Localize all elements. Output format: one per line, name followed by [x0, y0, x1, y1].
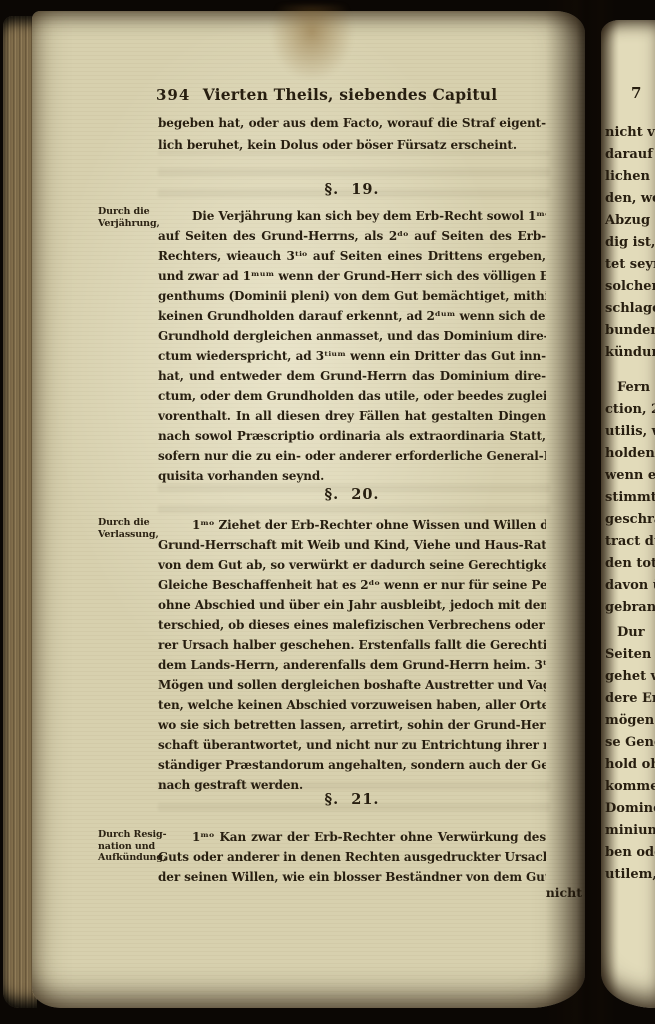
- text-line: bunden.: [605, 320, 655, 342]
- text-line: der seinen Willen, wie ein blosser Bestä…: [158, 867, 546, 887]
- text-line: dere Erbe: [605, 688, 655, 710]
- text-line: tract dur: [605, 531, 655, 553]
- facing-header-fragment: 7: [631, 84, 641, 102]
- text-line: Guts oder anderer in denen Rechten ausge…: [158, 847, 546, 867]
- text-line: se Genera: [605, 732, 655, 754]
- section-21-body: 1ᵐᵒ Kan zwar der Erb-Rechter ohne Verwür…: [158, 827, 546, 887]
- margin-note-verlassung: Durch dieVerlassung,: [98, 517, 156, 540]
- text-line: ctum wiederspricht, ad 3ᵗⁱᵘᵐ wenn ein Dr…: [158, 346, 546, 366]
- text-line: vorenthalt. In all diesen drey Fällen ha…: [158, 406, 546, 426]
- page-stain: [270, 5, 354, 81]
- text-line: Rechters, wieauch 3ᵗⁱᵒ auf Seiten eines …: [158, 246, 546, 266]
- running-header: Vierten Theils, siebendes Capitul: [154, 85, 546, 104]
- facing-fragment-2: Fernction, 2utilis, weholdens swenn eins…: [605, 377, 655, 619]
- book-scan: 394 Vierten Theils, siebendes Capitul be…: [0, 0, 655, 1024]
- text-line: gebrannte: [605, 597, 655, 619]
- text-line: Fern: [605, 377, 655, 399]
- text-line: Seiten de: [605, 644, 655, 666]
- text-line: den, wel: [605, 188, 655, 210]
- text-line: quisita vorhanden seynd.: [158, 466, 546, 486]
- text-line: und zwar ad 1ᵐᵘᵐ wenn der Grund-Herr sic…: [158, 266, 546, 286]
- section-20-body: 1ᵐᵒ Ziehet der Erb-Rechter ohne Wissen u…: [158, 515, 546, 795]
- text-line: hold ohne: [605, 754, 655, 776]
- left-page: 394 Vierten Theils, siebendes Capitul be…: [32, 11, 585, 1008]
- text-line: geschränkt: [605, 509, 655, 531]
- text-line: sofern nur die zu ein- oder anderer erfo…: [158, 446, 546, 466]
- text-line: Durch die: [98, 206, 156, 218]
- text-line: Mögen und sollen dergleichen boshafte Au…: [158, 675, 546, 695]
- text-line: ben oder r: [605, 842, 655, 864]
- page-header: 394 Vierten Theils, siebendes Capitul: [154, 85, 546, 107]
- section-19-body: Die Verjährung kan sich bey dem Erb-Rech…: [158, 206, 546, 486]
- text-line: wo sie sich betretten lassen, arretirt, …: [158, 715, 546, 735]
- text-line: Domino: [605, 798, 655, 820]
- text-line: Dur: [605, 622, 655, 644]
- facing-fragment-3: DurSeiten degehet vieldere Erbemögen bes…: [605, 622, 655, 886]
- text-line: 1ᵐᵒ Kan zwar der Erb-Rechter ohne Verwür…: [158, 827, 546, 847]
- text-line: schlagen-: [605, 298, 655, 320]
- section-21-heading: §. 21.: [158, 791, 546, 808]
- text-line: holdens s: [605, 443, 655, 465]
- text-line: Durch Resig-: [98, 829, 156, 841]
- text-line: terschied, ob dieses eines malefizischen…: [158, 615, 546, 635]
- text-line: Die Verjährung kan sich bey dem Erb-Rech…: [158, 206, 546, 226]
- text-line: lich beruhet, kein Dolus oder böser Fürs…: [158, 134, 546, 156]
- text-line: Gleiche Beschaffenheit hat es 2ᵈᵒ wenn e…: [158, 575, 546, 595]
- text-line: ction, 2: [605, 399, 655, 421]
- text-line: begeben hat, oder aus dem Facto, worauf …: [158, 112, 546, 134]
- page-number: 394: [156, 86, 190, 104]
- text-line: wenn ein: [605, 465, 655, 487]
- section-19-heading: §. 19.: [158, 181, 546, 198]
- continuation-paragraph: begeben hat, oder aus dem Facto, worauf …: [158, 112, 546, 156]
- text-line: Verlassung,: [98, 529, 156, 541]
- text-line: utilis, we: [605, 421, 655, 443]
- text-line: gehet viel: [605, 666, 655, 688]
- text-line: Aufkündung,: [98, 852, 156, 864]
- text-line: Abzug m: [605, 210, 655, 232]
- text-line: davon übr: [605, 575, 655, 597]
- text-line: Durch die: [98, 517, 156, 529]
- catchword: nicht: [158, 885, 582, 900]
- facing-page-sliver: 7 nicht verdarauf zulichen Sden, welAbzu…: [601, 20, 655, 1008]
- text-line: schaft überantwortet, und nicht nur zu E…: [158, 735, 546, 755]
- text-line: keinen Grundholden darauf erkennt, ad 2ᵈ…: [158, 306, 546, 326]
- text-line: den total: [605, 553, 655, 575]
- facing-fragment-1: nicht verdarauf zulichen Sden, welAbzug …: [605, 122, 655, 364]
- text-line: nicht ver: [605, 122, 655, 144]
- text-line: darauf zu: [605, 144, 655, 166]
- text-line: ständiger Præstandorum angehalten, sonde…: [158, 755, 546, 775]
- text-line: 1ᵐᵒ Ziehet der Erb-Rechter ohne Wissen u…: [158, 515, 546, 535]
- text-line: dem Lands-Herrn, anderenfalls dem Grund-…: [158, 655, 546, 675]
- text-line: genthums (Dominii pleni) von dem Gut bem…: [158, 286, 546, 306]
- text-line: ctum, oder dem Grundholden das utile, od…: [158, 386, 546, 406]
- text-line: ohne Abschied und über ein Jahr ausbleib…: [158, 595, 546, 615]
- text-line: nation und: [98, 841, 156, 853]
- text-line: ten, welche keinen Abschied vorzuweisen …: [158, 695, 546, 715]
- text-line: kündung j: [605, 342, 655, 364]
- text-line: hat, und entweder dem Grund-Herrn das Do…: [158, 366, 546, 386]
- text-line: dig ist, s: [605, 232, 655, 254]
- text-line: tet seynd.: [605, 254, 655, 276]
- margin-note-resignation: Durch Resig-nation undAufkündung,: [98, 829, 156, 864]
- text-line: mögen be: [605, 710, 655, 732]
- text-line: von dem Gut ab, so verwürkt er dadurch s…: [158, 555, 546, 575]
- text-line: kommens: [605, 776, 655, 798]
- text-line: nach sowol Præscriptio ordinaria als ext…: [158, 426, 546, 446]
- section-20-heading: §. 20.: [158, 486, 546, 503]
- text-line: utilem, s: [605, 864, 655, 886]
- text-line: auf Seiten des Grund-Herrns, als 2ᵈᵒ auf…: [158, 226, 546, 246]
- text-line: minium: [605, 820, 655, 842]
- text-line: Grund-Herrschaft mit Weib und Kind, Vieh…: [158, 535, 546, 555]
- text-line: lichen S: [605, 166, 655, 188]
- text-line: rer Ursach halber geschehen. Erstenfalls…: [158, 635, 546, 655]
- margin-note-verjaehrung: Durch dieVerjährung,: [98, 206, 156, 229]
- text-line: Grundhold dergleichen anmasset, und das …: [158, 326, 546, 346]
- text-line: solchenfal: [605, 276, 655, 298]
- text-line: Verjährung,: [98, 218, 156, 230]
- text-line: stimmten: [605, 487, 655, 509]
